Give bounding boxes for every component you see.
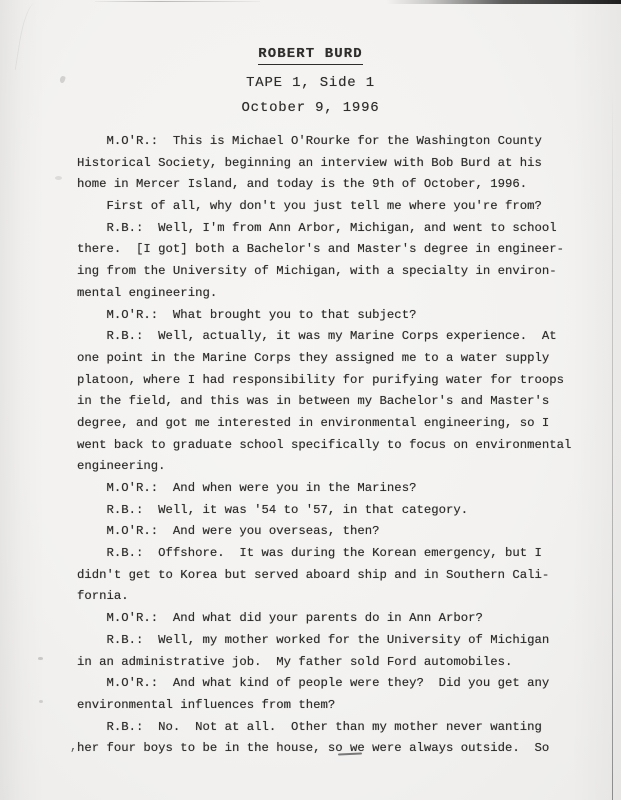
transcript-line: M.O'R.: And were you overseas, then? (77, 521, 571, 543)
transcript-body: M.O'R.: This is Michael O'Rourke for the… (77, 131, 571, 760)
transcript-line: mental engineering. (77, 283, 571, 305)
transcript-line: didn't get to Korea but served aboard sh… (77, 565, 571, 587)
transcript-line: R.B.: Well, my mother worked for the Uni… (77, 630, 571, 652)
transcript-line: in an administrative job. My father sold… (77, 652, 571, 674)
scan-artifact-top-edge (386, 0, 621, 4)
scan-artifact-top-line (95, 1, 260, 2)
transcript-line: in the field, and this was in between my… (77, 391, 571, 413)
transcript-line: ing from the University of Michigan, wit… (77, 261, 571, 283)
scan-artifact-speck (39, 700, 43, 703)
transcript-line: M.O'R.: This is Michael O'Rourke for the… (77, 131, 571, 153)
date-label: October 9, 1996 (0, 96, 621, 121)
transcript-line: Historical Society, beginning an intervi… (77, 153, 571, 175)
transcript-line: M.O'R.: What brought you to that subject… (77, 305, 571, 327)
scan-artifact-right-line (612, 92, 614, 800)
transcript-line: R.B.: Well, actually, it was my Marine C… (77, 326, 571, 348)
transcript-line: environmental influences from them? (77, 695, 571, 717)
scan-artifact-speck (38, 657, 43, 660)
transcript-line: platoon, where I had responsibility for … (77, 370, 571, 392)
transcript-line: engineering. (77, 456, 571, 478)
transcript-line: R.B.: Well, it was '54 to '57, in that c… (77, 500, 571, 522)
transcript-line: First of all, why don't you just tell me… (77, 196, 571, 218)
transcript-line: fornia. (77, 586, 571, 608)
transcript-line: home in Mercer Island, and today is the … (77, 174, 571, 196)
tape-label: TAPE 1, Side 1 (0, 71, 621, 96)
scanned-document-page: , ROBERT BURD TAPE 1, Side 1 October 9, … (0, 0, 621, 800)
scan-artifact-smudge (55, 176, 62, 180)
transcript-line: R.B.: Offshore. It was during the Korean… (77, 543, 571, 565)
document-header: ROBERT BURD TAPE 1, Side 1 October 9, 19… (0, 42, 621, 121)
transcript-line: M.O'R.: And what kind of people were the… (77, 673, 571, 695)
transcript-line: went back to graduate school specificall… (77, 435, 571, 457)
transcript-line: M.O'R.: And what did your parents do in … (77, 608, 571, 630)
transcript-line: R.B.: No. Not at all. Other than my moth… (77, 717, 571, 739)
transcript-line: degree, and got me interested in environ… (77, 413, 571, 435)
transcript-line: one point in the Marine Corps they assig… (77, 348, 571, 370)
transcript-line: R.B.: Well, I'm from Ann Arbor, Michigan… (77, 218, 571, 240)
document-title: ROBERT BURD (258, 46, 363, 65)
transcript-line: there. [I got] both a Bachelor's and Mas… (77, 239, 571, 261)
transcript-line: M.O'R.: And when were you in the Marines… (77, 478, 571, 500)
transcript-line: her four boys to be in the house, so we … (77, 738, 571, 760)
